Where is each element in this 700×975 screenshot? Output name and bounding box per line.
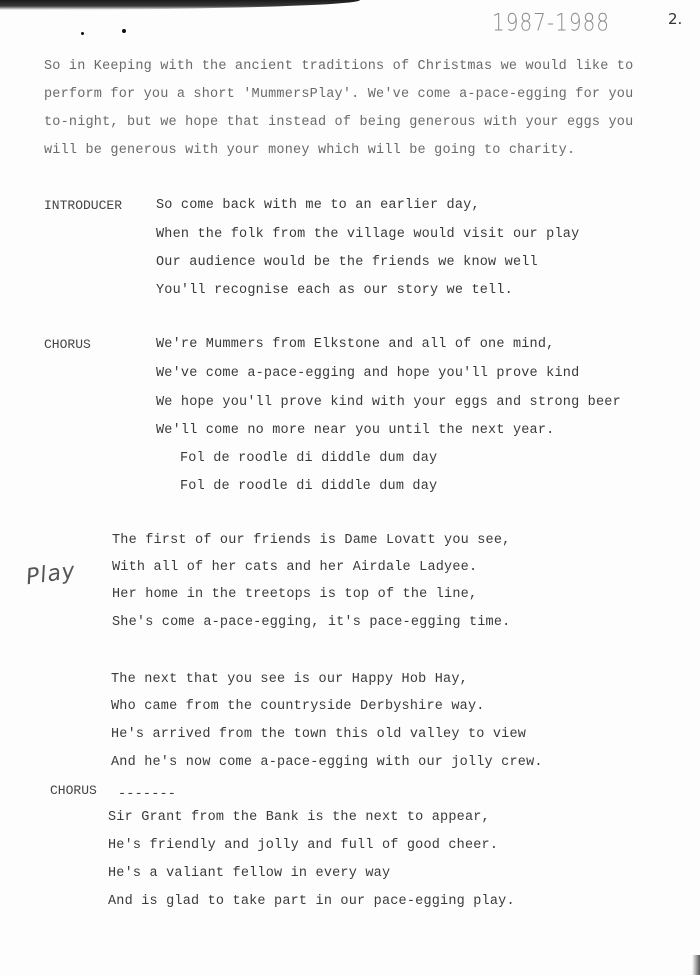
verse-line: Sir Grant from the Bank is the next to a…	[108, 810, 490, 825]
verse-line: He's arrived from the town this old vall…	[111, 727, 526, 742]
punch-dot	[81, 32, 84, 35]
intro-line: So in Keeping with the ancient tradition…	[44, 59, 633, 74]
intro-line: perform for you a short 'MummersPlay'. W…	[44, 87, 633, 102]
handwritten-year: 1987-1988	[492, 8, 610, 37]
verse-line: We hope you'll prove kind with your eggs…	[156, 395, 621, 410]
verse-line: We've come a-pace-egging and hope you'll…	[156, 366, 579, 381]
speaker-label-chorus: CHORUS	[44, 337, 91, 352]
verse-line: And is glad to take part in our pace-egg…	[108, 894, 515, 909]
verse-line: Who came from the countryside Derbyshire…	[111, 699, 485, 714]
verse-line: We'll come no more near you until the ne…	[156, 423, 554, 438]
verse-line: She's come a-pace-egging, it's pace-eggi…	[112, 615, 510, 630]
speaker-label-chorus: CHORUS	[50, 783, 97, 798]
verse-line: We're Mummers from Elkstone and all of o…	[156, 337, 554, 352]
punch-dot	[122, 29, 126, 33]
verse-line: You'll recognise each as our story we te…	[156, 283, 513, 298]
verse-line: So come back with me to an earlier day,	[156, 198, 480, 213]
verse-line: Her home in the treetops is top of the l…	[112, 587, 477, 602]
scan-edge-shadow	[0, 0, 360, 10]
scan-corner-shadow	[692, 955, 700, 975]
verse-line: Our audience would be the friends we kno…	[156, 255, 538, 270]
chorus-dashes: -------	[118, 787, 176, 802]
intro-line: to-night, but we hope that instead of be…	[44, 115, 633, 130]
refrain-line: Fol de roodle di diddle dum day	[180, 479, 437, 494]
speaker-label-introducer: INTRODUCER	[44, 198, 122, 213]
verse-line: He's friendly and jolly and full of good…	[108, 838, 498, 853]
verse-line: He's a valiant fellow in every way	[108, 866, 390, 881]
refrain-line: Fol de roodle di diddle dum day	[180, 451, 437, 466]
handwritten-margin-note: Play	[25, 559, 78, 591]
verse-line: The next that you see is our Happy Hob H…	[111, 672, 468, 687]
verse-line: With all of her cats and her Airdale Lad…	[112, 560, 477, 575]
verse-line: The first of our friends is Dame Lovatt …	[112, 533, 510, 548]
verse-line: And he's now come a-pace-egging with our…	[111, 755, 543, 770]
intro-line: will be generous with your money which w…	[44, 143, 575, 158]
page-number: 2.	[668, 10, 682, 28]
verse-line: When the folk from the village would vis…	[156, 227, 579, 242]
